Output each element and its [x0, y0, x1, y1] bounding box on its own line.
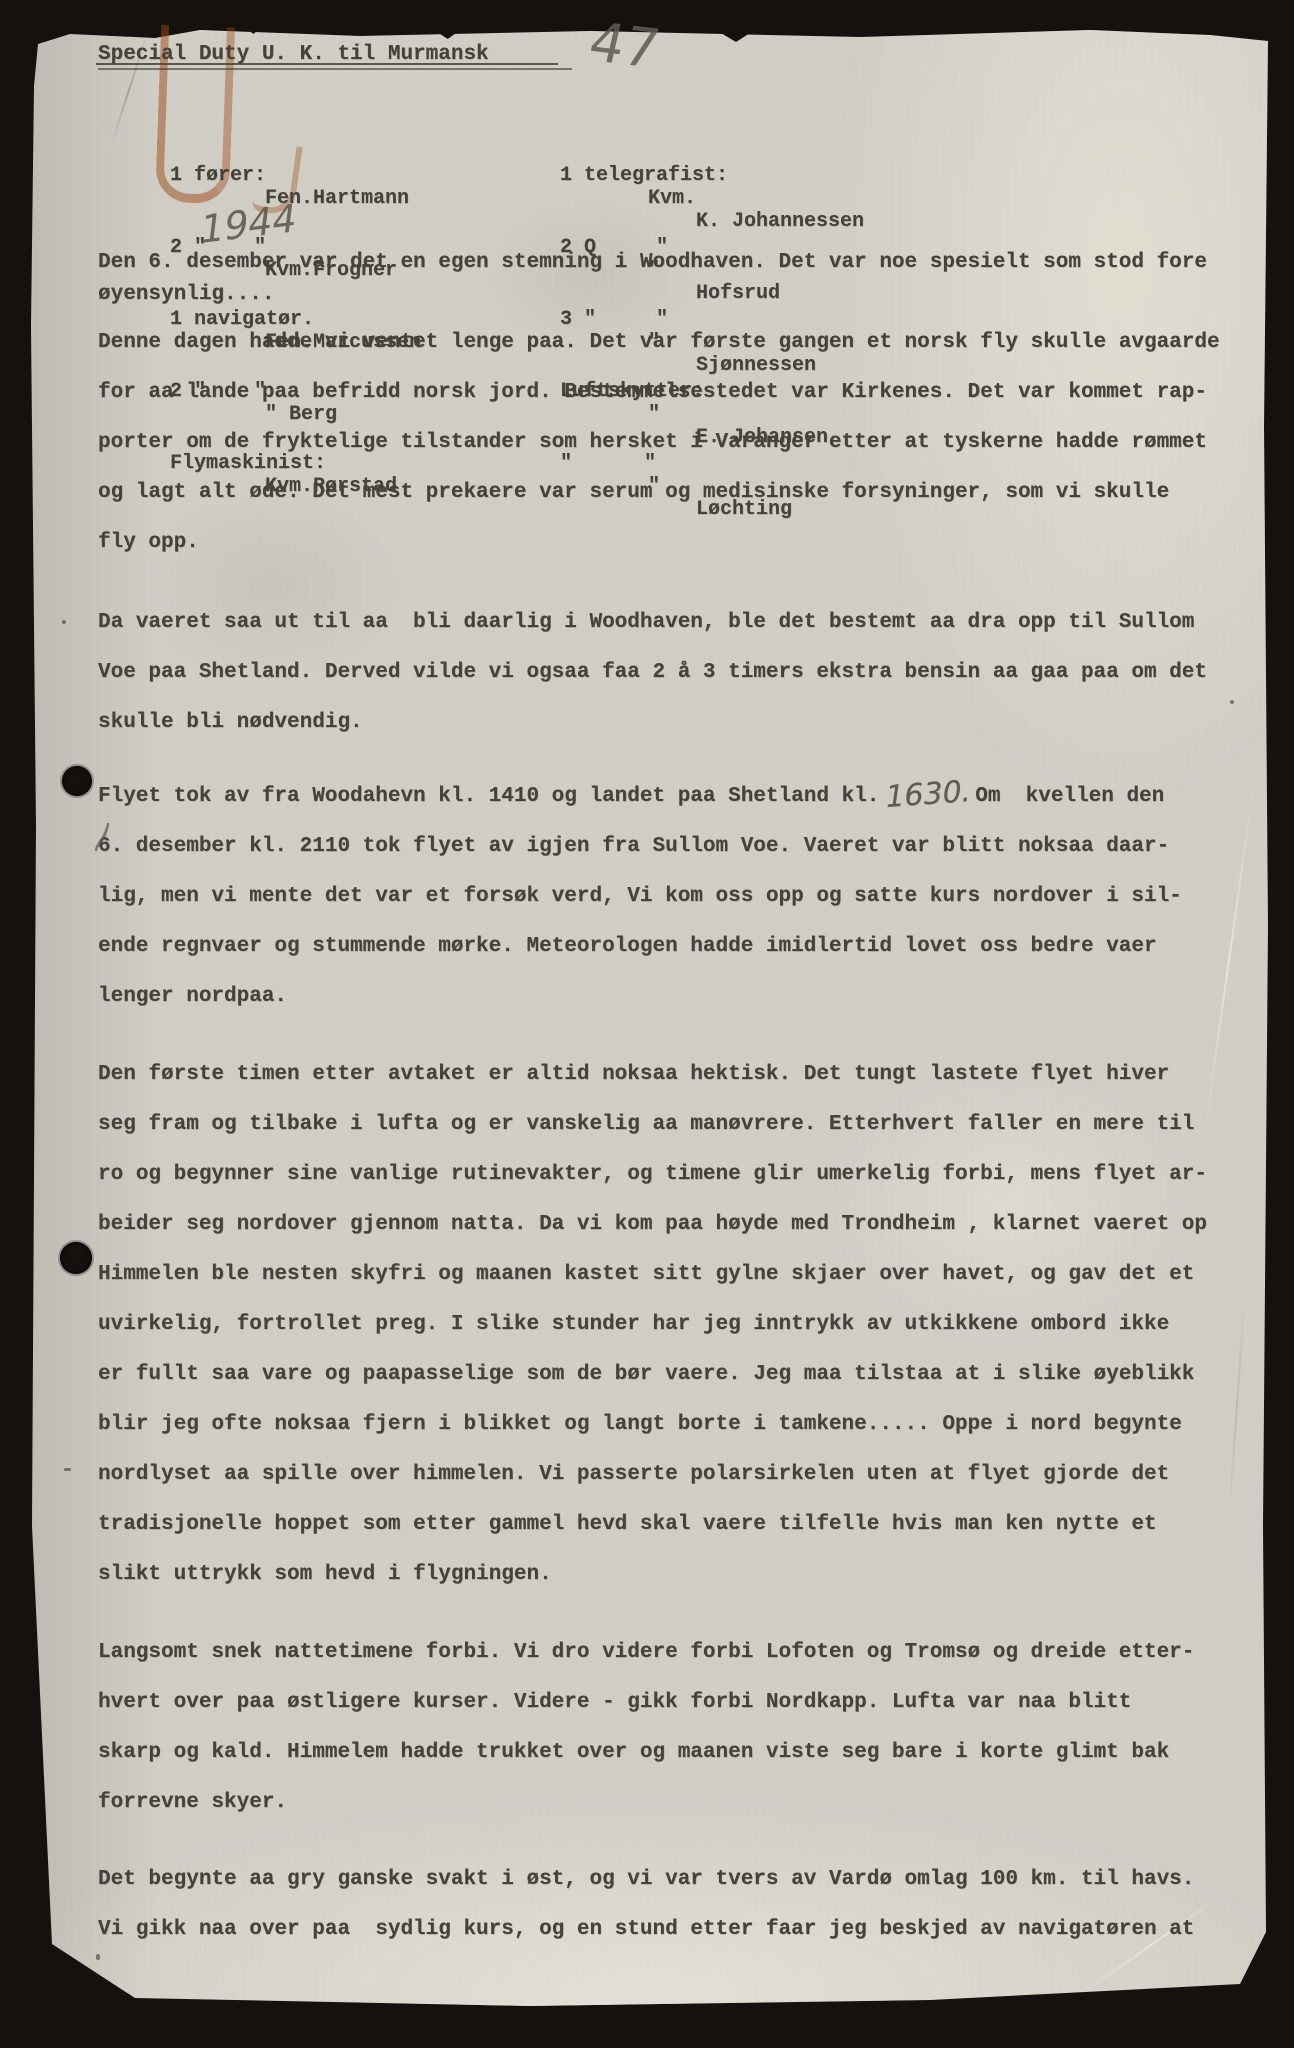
crew-row: 2 " " Kvm.Frogner — [98, 213, 518, 239]
margin-tick-mark — [64, 1468, 71, 1471]
crew-row: 1 fører: Fen.Hartmann — [98, 141, 518, 167]
crew-rank: Kvm. — [648, 187, 696, 210]
crew-role: 1 telegrafist: — [560, 164, 728, 187]
paragraph-4-line-1: Flyet tok av fra Woodahevn kl. 1410 og l… — [98, 772, 1164, 822]
crew-row: 2 Q " " Hofsrud — [488, 213, 1048, 239]
handwritten-page-number: 47 — [583, 10, 665, 80]
typed-text: Flyet tok av fra Woodahevn kl. 1410 og l… — [98, 785, 879, 808]
paragraph-4-rest: 6. desember kl. 2110 tok flyet av igjen … — [98, 822, 1182, 1022]
crew-row: 1 telegrafist: Kvm. K. Johannessen — [488, 141, 1048, 167]
handwritten-landing-time: 1630. — [884, 782, 973, 808]
title-underline — [96, 63, 558, 65]
stray-ink-dot — [96, 1954, 100, 1960]
typed-text: Om kvellen den — [975, 785, 1164, 808]
paragraph-1: Den 6. desember var det en egen stemning… — [98, 247, 1207, 311]
paragraph-6: Langsomt snek nattetimene forbi. Vi dro … — [98, 1628, 1194, 1828]
paragraph-3: Da vaeret saa ut til aa bli daarlig i Wo… — [98, 598, 1207, 748]
scanned-document-page: Special Duty U. K. til Murmansk 47 1 før… — [0, 0, 1294, 2048]
document-title: Special Duty U. K. til Murmansk — [98, 40, 489, 70]
crew-role: 1 fører: — [170, 164, 266, 187]
paragraph-7: Det begynte aa gry ganske svakt i øst, o… — [98, 1855, 1194, 1955]
stray-ink-dot — [62, 620, 66, 624]
stray-ink-dot — [1230, 700, 1234, 704]
hole-punch — [62, 766, 92, 796]
pencil-overstrike-mark — [92, 820, 114, 854]
title-underline-second — [98, 68, 572, 70]
hole-punch — [60, 1242, 92, 1274]
paragraph-2: Denne dagen hadde vi ventet lenge paa. D… — [98, 318, 1220, 568]
paragraph-5: Den første timen etter avtaket er altid … — [98, 1050, 1207, 1600]
